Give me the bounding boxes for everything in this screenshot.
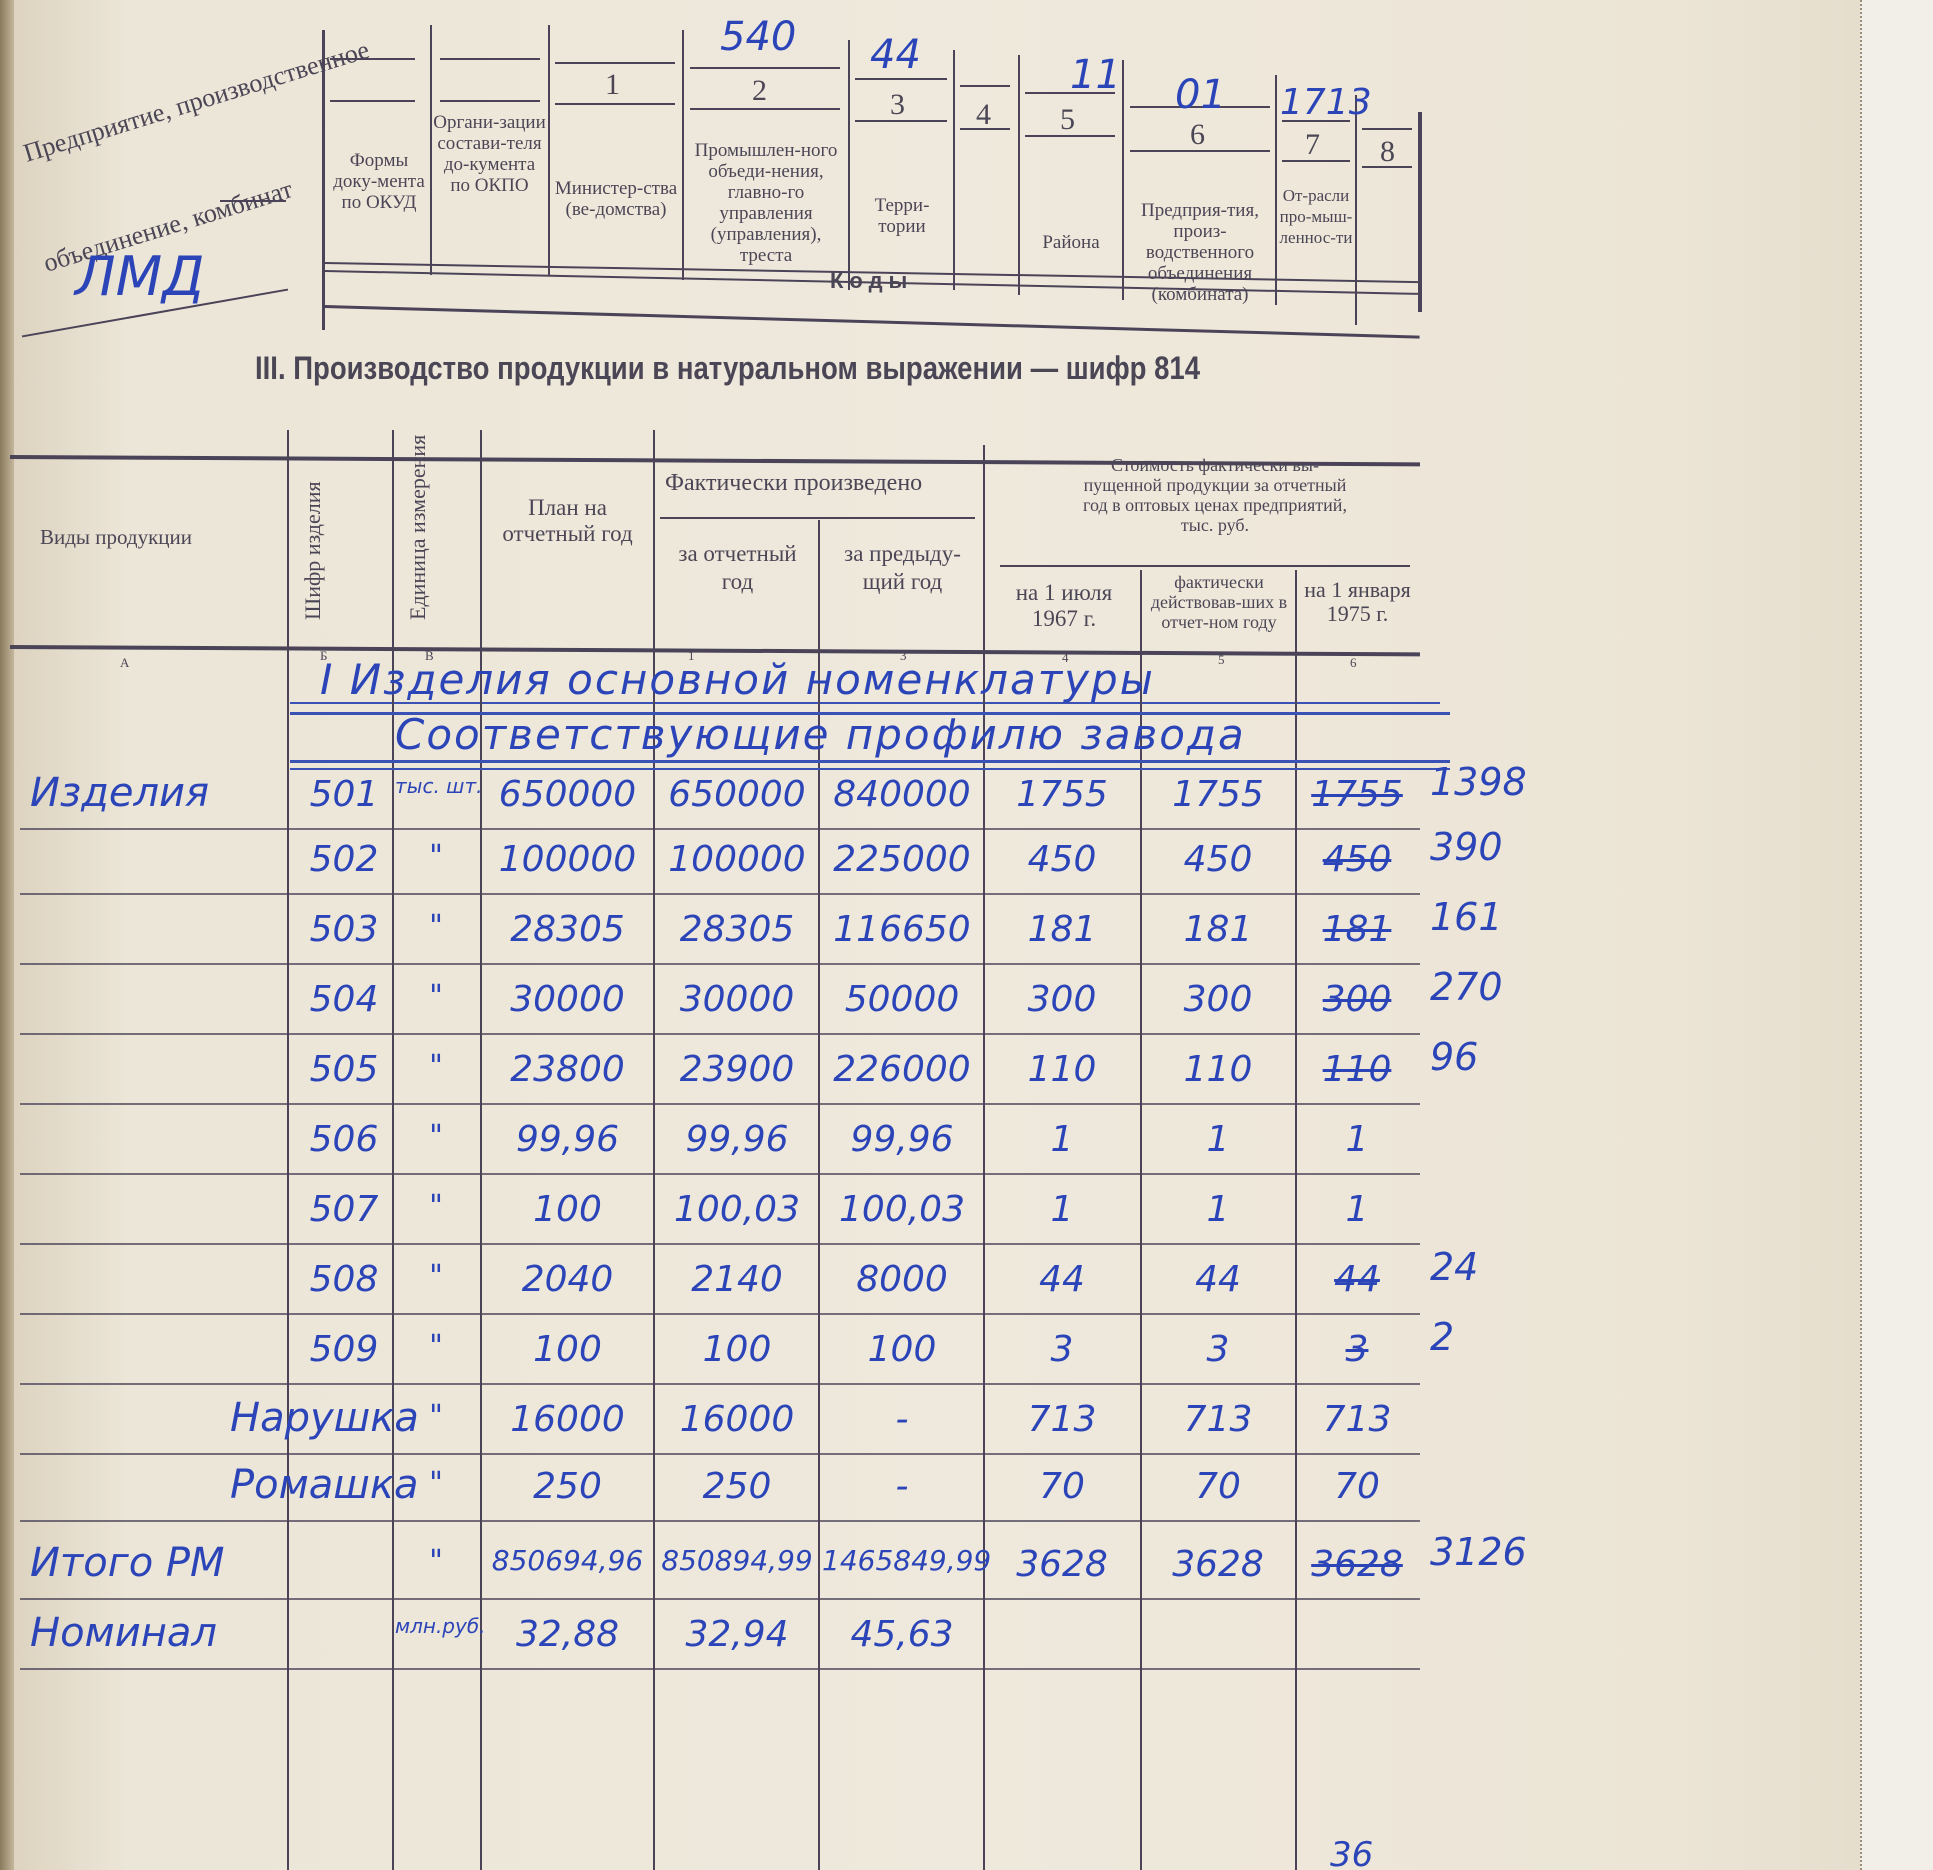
row-correction-note: 1398 bbox=[1430, 760, 1527, 804]
row-c1975: 1755 bbox=[1298, 774, 1416, 815]
row-c1975: 450 bbox=[1298, 839, 1416, 880]
row-code: 505 bbox=[300, 1049, 388, 1090]
row-fact: 100,03 bbox=[657, 1189, 817, 1230]
code-num-2: 2 bbox=[752, 74, 767, 108]
row-c1975: 3 bbox=[1298, 1329, 1416, 1370]
row-correction-note: 270 bbox=[1430, 965, 1503, 1009]
row-correction-note: 3126 bbox=[1430, 1530, 1527, 1574]
col-header-cost-actual: фактически действовав-ших в отчет-ном го… bbox=[1145, 572, 1293, 632]
partial-row-value: 36 bbox=[1330, 1835, 1373, 1870]
col-header-cost-1967: на 1 июля 1967 г. bbox=[990, 580, 1138, 632]
row-cact: 1 bbox=[1143, 1119, 1293, 1160]
row-c1967: 3628 bbox=[987, 1544, 1137, 1585]
row-c1967: 181 bbox=[987, 909, 1137, 950]
row-cact: 1755 bbox=[1143, 774, 1293, 815]
col-header-plan: План на отчетный год bbox=[485, 495, 650, 547]
row-c1975: 3628 bbox=[1298, 1544, 1416, 1585]
code-num-5: 5 bbox=[1060, 103, 1075, 137]
code-num-7: 7 bbox=[1305, 128, 1320, 162]
code-value-industry: 1713 bbox=[1280, 82, 1372, 123]
row-c1975: 1 bbox=[1298, 1119, 1416, 1160]
row-prev: 225000 bbox=[822, 839, 982, 880]
code-col-okpo: Органи-зации состави-теля до-кумента по … bbox=[432, 112, 547, 196]
row-cact: 44 bbox=[1143, 1259, 1293, 1300]
row-unit: " bbox=[395, 1466, 477, 1501]
row-code: 501 bbox=[300, 774, 388, 815]
code-col-ministry: Министер-ства (ве-домства) bbox=[552, 178, 680, 220]
row-product-name: Изделия bbox=[30, 770, 209, 816]
row-fact: 100 bbox=[657, 1329, 817, 1370]
code-num-1: 1 bbox=[605, 68, 620, 102]
row-plan: 850694,96 bbox=[485, 1544, 650, 1577]
code-value-enterprise: 01 bbox=[1175, 72, 1226, 118]
row-prev: 116650 bbox=[822, 909, 982, 950]
row-fact: 30000 bbox=[657, 979, 817, 1020]
row-unit: " bbox=[395, 1544, 477, 1579]
row-prev: 50000 bbox=[822, 979, 982, 1020]
row-product-name: Номинал bbox=[30, 1610, 217, 1656]
row-cact: 181 bbox=[1143, 909, 1293, 950]
row-c1967: 3 bbox=[987, 1329, 1137, 1370]
code-num-4: 4 bbox=[976, 98, 991, 132]
col-header-fact-current: за отчетный год bbox=[665, 540, 810, 596]
row-c1967: 713 bbox=[987, 1399, 1137, 1440]
row-fact: 32,94 bbox=[657, 1614, 817, 1655]
row-unit: " bbox=[395, 909, 477, 944]
row-c1967: 300 bbox=[987, 979, 1137, 1020]
section-title: III. Производство продукции в натурально… bbox=[255, 350, 1200, 387]
row-plan: 250 bbox=[485, 1466, 650, 1507]
row-fact: 28305 bbox=[657, 909, 817, 950]
code-col-territory: Терри-тории bbox=[852, 195, 952, 237]
row-fact: 850894,99 bbox=[657, 1544, 817, 1577]
code-col-enterprise: Предприя-тия, произ-водственного объедин… bbox=[1126, 200, 1274, 305]
row-plan: 16000 bbox=[485, 1399, 650, 1440]
code-col-district: Района bbox=[1022, 232, 1120, 253]
code-num-3: 3 bbox=[890, 88, 905, 122]
row-c1975: 181 bbox=[1298, 909, 1416, 950]
row-unit: " bbox=[395, 1119, 477, 1154]
row-plan: 100 bbox=[485, 1329, 650, 1370]
row-unit: " bbox=[395, 979, 477, 1014]
row-unit: " bbox=[395, 1329, 477, 1364]
row-fact: 650000 bbox=[657, 774, 817, 815]
row-prev: 226000 bbox=[822, 1049, 982, 1090]
col-header-product-type: Виды продукции bbox=[40, 525, 192, 550]
row-product-name: Итого РМ bbox=[30, 1540, 225, 1586]
row-c1975: 300 bbox=[1298, 979, 1416, 1020]
row-code: 504 bbox=[300, 979, 388, 1020]
col-header-fact-group: Фактически произведено bbox=[665, 470, 922, 497]
row-fact: 23900 bbox=[657, 1049, 817, 1090]
col-header-cost-group: Стоимость фактически вы-пущенной продукц… bbox=[1075, 455, 1355, 535]
row-correction-note: 2 bbox=[1430, 1315, 1454, 1359]
col-index-6: 6 bbox=[1350, 655, 1357, 671]
section-heading-line2: Соответствующие профилю завода bbox=[395, 710, 1246, 759]
row-prev: 8000 bbox=[822, 1259, 982, 1300]
row-unit: " bbox=[395, 1049, 477, 1084]
row-fact: 2140 bbox=[657, 1259, 817, 1300]
row-prev: - bbox=[822, 1399, 982, 1440]
row-c1967: 44 bbox=[987, 1259, 1137, 1300]
row-plan: 30000 bbox=[485, 979, 650, 1020]
row-unit: млн.руб. bbox=[395, 1614, 477, 1638]
code-num-8: 8 bbox=[1380, 135, 1395, 169]
row-c1975: 110 bbox=[1298, 1049, 1416, 1090]
row-code: 509 bbox=[300, 1329, 388, 1370]
row-correction-note: 161 bbox=[1430, 895, 1503, 939]
row-c1967: 70 bbox=[987, 1466, 1137, 1507]
row-c1967: 1 bbox=[987, 1119, 1137, 1160]
codes-caption: Коды bbox=[830, 268, 913, 294]
row-plan: 23800 bbox=[485, 1049, 650, 1090]
org-value: ЛМД bbox=[75, 245, 204, 308]
row-cact: 1 bbox=[1143, 1189, 1293, 1230]
row-cact: 713 bbox=[1143, 1399, 1293, 1440]
row-c1975: 70 bbox=[1298, 1466, 1416, 1507]
row-plan: 100 bbox=[485, 1189, 650, 1230]
row-code: 507 bbox=[300, 1189, 388, 1230]
row-correction-note: 390 bbox=[1430, 825, 1503, 869]
row-prev: - bbox=[822, 1466, 982, 1507]
code-value-trust: 540 bbox=[720, 14, 796, 60]
code-col-industry: От-расли про-мыш-леннос-ти bbox=[1278, 185, 1354, 248]
row-cact: 3 bbox=[1143, 1329, 1293, 1370]
row-code: 502 bbox=[300, 839, 388, 880]
row-code: 508 bbox=[300, 1259, 388, 1300]
row-plan: 2040 bbox=[485, 1259, 650, 1300]
row-unit: " bbox=[395, 1259, 477, 1294]
row-plan: 100000 bbox=[485, 839, 650, 880]
row-fact: 250 bbox=[657, 1466, 817, 1507]
row-prev: 100,03 bbox=[822, 1189, 982, 1230]
row-plan: 32,88 bbox=[485, 1614, 650, 1655]
row-fact: 99,96 bbox=[657, 1119, 817, 1160]
row-c1967: 1755 bbox=[987, 774, 1137, 815]
col-header-item-code: Шифр изделия bbox=[300, 450, 326, 620]
row-correction-note: 24 bbox=[1430, 1245, 1478, 1289]
col-header-fact-prev: за предыду-щий год bbox=[830, 540, 975, 596]
row-cact: 110 bbox=[1143, 1049, 1293, 1090]
row-cact: 70 bbox=[1143, 1466, 1293, 1507]
row-c1967: 450 bbox=[987, 839, 1137, 880]
row-prev: 1465849,99 bbox=[822, 1544, 982, 1577]
row-c1975: 44 bbox=[1298, 1259, 1416, 1300]
row-correction-note: 96 bbox=[1430, 1035, 1478, 1079]
row-prev: 45,63 bbox=[822, 1614, 982, 1655]
row-plan: 650000 bbox=[485, 774, 650, 815]
row-code: 506 bbox=[300, 1119, 388, 1160]
row-product-name: Ромашка bbox=[230, 1462, 419, 1508]
row-plan: 99,96 bbox=[485, 1119, 650, 1160]
row-unit: тыс. шт. bbox=[395, 774, 477, 798]
row-fact: 16000 bbox=[657, 1399, 817, 1440]
code-value-district: 11 bbox=[1070, 52, 1121, 98]
col-index-5: 5 bbox=[1218, 652, 1225, 668]
col-header-cost-1975: на 1 января 1975 г. bbox=[1300, 578, 1415, 626]
row-cact: 300 bbox=[1143, 979, 1293, 1020]
col-index-a: А bbox=[120, 655, 129, 671]
row-unit: " bbox=[395, 1189, 477, 1224]
col-header-unit: Единица измерения bbox=[405, 450, 431, 620]
adjacent-page-edge bbox=[1860, 0, 1933, 1870]
row-prev: 840000 bbox=[822, 774, 982, 815]
code-value-territory: 44 bbox=[870, 32, 921, 78]
row-c1967: 1 bbox=[987, 1189, 1137, 1230]
code-num-6: 6 bbox=[1190, 118, 1205, 152]
row-prev: 99,96 bbox=[822, 1119, 982, 1160]
row-c1975: 1 bbox=[1298, 1189, 1416, 1230]
code-col-trust: Промышлен-ного объеди-нения, главно-го у… bbox=[686, 140, 846, 266]
row-code: 503 bbox=[300, 909, 388, 950]
section-heading-line1: I Изделия основной номенклатуры bbox=[320, 655, 1155, 704]
row-plan: 28305 bbox=[485, 909, 650, 950]
row-product-name: Нарушка bbox=[230, 1395, 419, 1441]
page-binding-edge bbox=[0, 0, 14, 1870]
code-col-okud: Формы доку-мента по ОКУД bbox=[330, 150, 428, 213]
row-cact: 3628 bbox=[1143, 1544, 1293, 1585]
row-cact: 450 bbox=[1143, 839, 1293, 880]
row-c1975: 713 bbox=[1298, 1399, 1416, 1440]
row-unit: " bbox=[395, 839, 477, 874]
row-unit: " bbox=[395, 1399, 477, 1434]
row-prev: 100 bbox=[822, 1329, 982, 1370]
row-fact: 100000 bbox=[657, 839, 817, 880]
row-c1967: 110 bbox=[987, 1049, 1137, 1090]
